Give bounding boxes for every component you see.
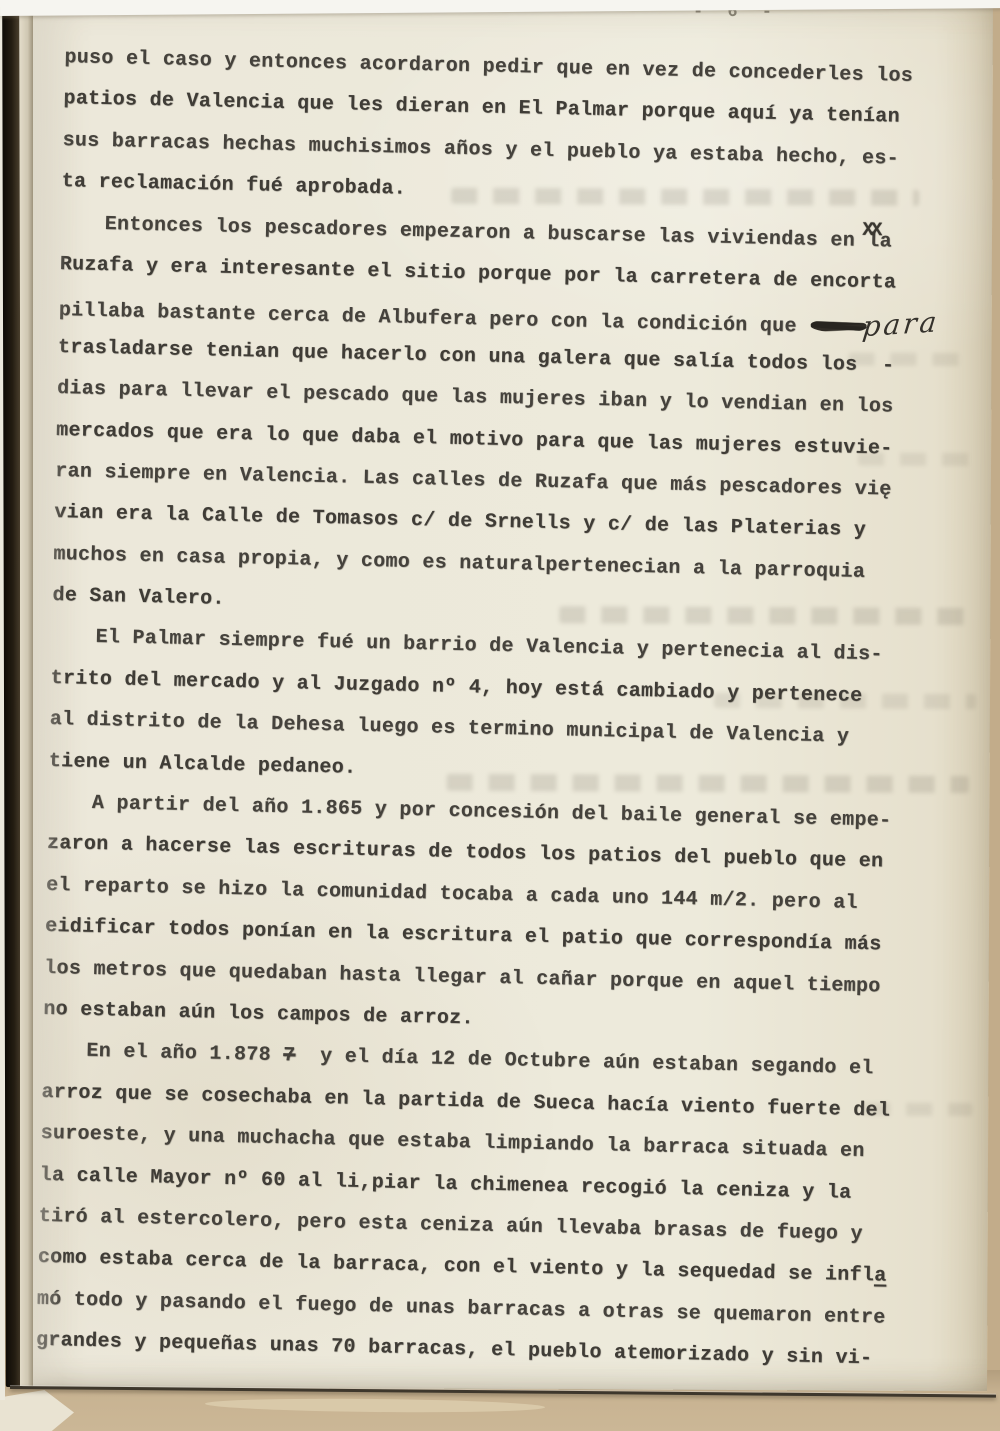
overstruck-word: laXX [867, 220, 893, 262]
paragraph: En el año 1.878 7 y el día 12 de Octubre… [36, 1030, 945, 1381]
paragraph: puso el caso y entonces acordaron pedir … [61, 37, 966, 223]
paragraph: Entonces los pescadores empezaron a busc… [52, 203, 963, 637]
paragraph: El Palmar siempre fué un barrio de Valen… [48, 616, 953, 802]
scribbled-strikeout [811, 318, 867, 332]
underlined-character: a [874, 1265, 887, 1288]
struck-character: 7 [283, 1045, 296, 1068]
scanned-document-photo: - 6 - puso el caso y entonces acordaron … [0, 0, 1000, 1431]
document-page: - 6 - puso el caso y entonces acordaron … [11, 3, 993, 1391]
page-stack-edge [20, 9, 33, 1386]
handwritten-word: para [861, 301, 942, 348]
typewritten-text: puso el caso y entonces acordaron pedir … [36, 37, 967, 1381]
paragraph: A partir del año 1.865 y por concesión d… [43, 782, 950, 1050]
overtype-xx: XX [862, 209, 880, 251]
